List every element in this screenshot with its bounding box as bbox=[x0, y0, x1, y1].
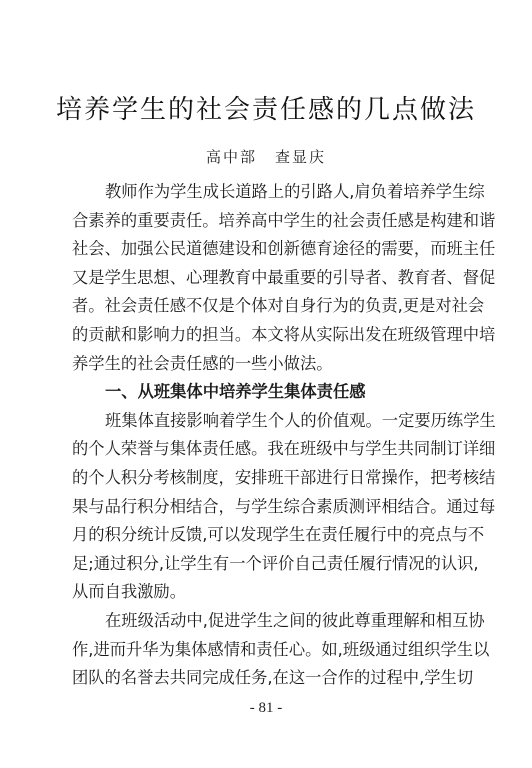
article-body: 教师作为学生成长道路上的引路人,肩负着培养学生综合素养的重要责任。培养高中学生的… bbox=[72, 178, 462, 693]
text-line: 班集体直接影响着学生个人的价值观。一定要历练学生 bbox=[72, 407, 462, 436]
text-line: 养学生的社会责任感的一些小做法。 bbox=[72, 350, 462, 379]
text-line: 足;通过积分,让学生有一个评价自己责任履行情况的认识, bbox=[72, 550, 462, 579]
section-heading: 一、从班集体中培养学生集体责任感 bbox=[72, 378, 462, 407]
text-line: 作,进而升华为集体感情和责任心。如,班级通过组织学生以 bbox=[72, 636, 462, 665]
article-title: 培养学生的社会责任感的几点做法 bbox=[0, 92, 532, 128]
text-line: 又是学生思想、心理教育中最重要的引导者、教育者、督促 bbox=[72, 264, 462, 293]
text-line: 果与品行积分相结合，与学生综合素质测评相结合。通过每 bbox=[72, 493, 462, 522]
author-name: 查显庆 bbox=[275, 148, 326, 166]
text-line: 在班级活动中,促进学生之间的彼此尊重理解和相互协 bbox=[72, 607, 462, 636]
text-line: 者。社会责任感不仅是个体对自身行为的负责,更是对社会 bbox=[72, 292, 462, 321]
text-line: 合素养的重要责任。培养高中学生的社会责任感是构建和谐 bbox=[72, 207, 462, 236]
document-page: 培养学生的社会责任感的几点做法 高中部查显庆 教师作为学生成长道路上的引路人,肩… bbox=[0, 0, 532, 768]
author-line: 高中部查显庆 bbox=[0, 147, 532, 167]
text-line: 教师作为学生成长道路上的引路人,肩负着培养学生综 bbox=[72, 178, 462, 207]
page-number: - 81 - bbox=[0, 700, 532, 717]
text-line: 社会、加强公民道德建设和创新德育途径的需要，而班主任 bbox=[72, 235, 462, 264]
text-line: 团队的名誉去共同完成任务,在这一合作的过程中,学生切 bbox=[72, 664, 462, 693]
text-line: 的个人荣誉与集体责任感。我在班级中与学生共同制订详细 bbox=[72, 435, 462, 464]
author-department: 高中部 bbox=[206, 148, 257, 166]
text-line: 的个人积分考核制度，安排班干部进行日常操作，把考核结 bbox=[72, 464, 462, 493]
text-line: 从而自我激励。 bbox=[72, 578, 462, 607]
text-line: 月的积分统计反馈,可以发现学生在责任履行中的亮点与不 bbox=[72, 521, 462, 550]
text-line: 的贡献和影响力的担当。本文将从实际出发在班级管理中培 bbox=[72, 321, 462, 350]
